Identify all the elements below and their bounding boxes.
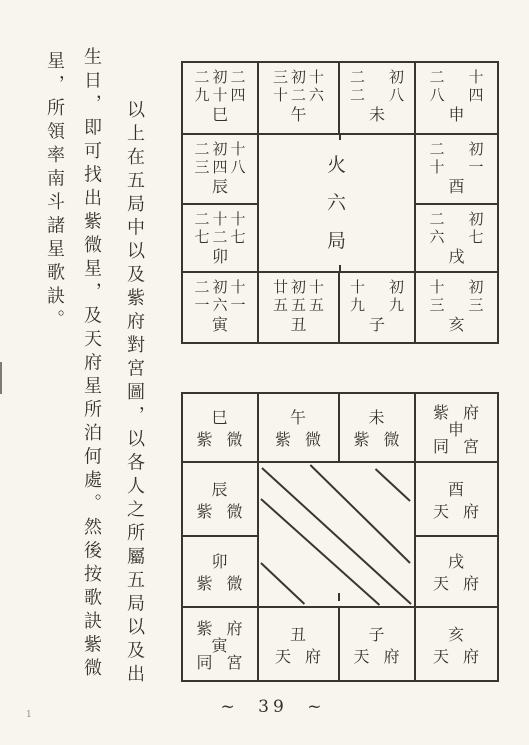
palace-chen: 辰紫 微 (183, 463, 259, 537)
palace-si: 二九初十二四巳 (183, 63, 259, 135)
palace-hai: 亥天 府 (416, 608, 497, 680)
palace-shen: 紫 府申同 宮 (416, 394, 497, 463)
palace-si: 巳紫 微 (183, 394, 259, 463)
print-artifact-tick (338, 593, 340, 601)
palace-xu: 二六初七戌 (416, 205, 497, 273)
palace-hai: 十三初三亥 (416, 273, 497, 342)
paragraph-column-1: 以上在五局中以及紫府對宮圖，以各人之所屬五局以及出 (121, 100, 147, 688)
chart-title-fire-six-bureau: 火六局 (259, 135, 416, 273)
palace-chou: 廿五初五十五丑 (259, 273, 340, 342)
fire-six-bureau-chart: 火六局 二九初十二四巳三十初二十六午二二初八未二八十四申二三初四十八辰二十初一酉… (181, 61, 499, 344)
palace-you: 酉天 府 (416, 463, 497, 537)
page-number: ~ 39 ~ (203, 697, 343, 717)
print-artifact-tick (339, 265, 341, 273)
palace-chen: 二三初四十八辰 (183, 135, 259, 205)
print-artifact-tick (339, 134, 341, 140)
palace-zi: 子天 府 (340, 608, 416, 680)
paragraph-column-3: 星，所領率南斗諸星歌訣。 (41, 51, 67, 333)
palace-wu: 三十初二十六午 (259, 63, 340, 135)
palace-mao: 二七十二十七卯 (183, 205, 259, 273)
palace-chou: 丑天 府 (259, 608, 340, 680)
margin-scan-artifact: 1 (26, 710, 32, 720)
paragraph-column-2: 生日，即可找出紫微星，及天府星所泊何處。然後按歌訣紫微 (78, 47, 104, 682)
palace-yin: 二一初六十一寅 (183, 273, 259, 342)
palace-wu: 午紫 微 (259, 394, 340, 463)
palace-mao: 卯紫 微 (183, 537, 259, 608)
palace-you: 二十初一酉 (416, 135, 497, 205)
diagonal-hatch-lines (259, 463, 414, 606)
palace-wei: 未紫 微 (340, 394, 416, 463)
ziwei-tianfu-pairing-chart: 巳紫 微午紫 微未紫 微紫 府申同 宮辰紫 微酉天 府卯紫 微戌天 府紫 府寅同… (181, 392, 499, 682)
palace-xu: 戌天 府 (416, 537, 497, 608)
palace-zi: 十九初九子 (340, 273, 416, 342)
palace-yin: 紫 府寅同 宮 (183, 608, 259, 680)
palace-wei: 二二初八未 (340, 63, 416, 135)
page-edge-scan-artifact (0, 362, 2, 394)
palace-shen: 二八十四申 (416, 63, 497, 135)
hatched-center-area (259, 463, 416, 608)
